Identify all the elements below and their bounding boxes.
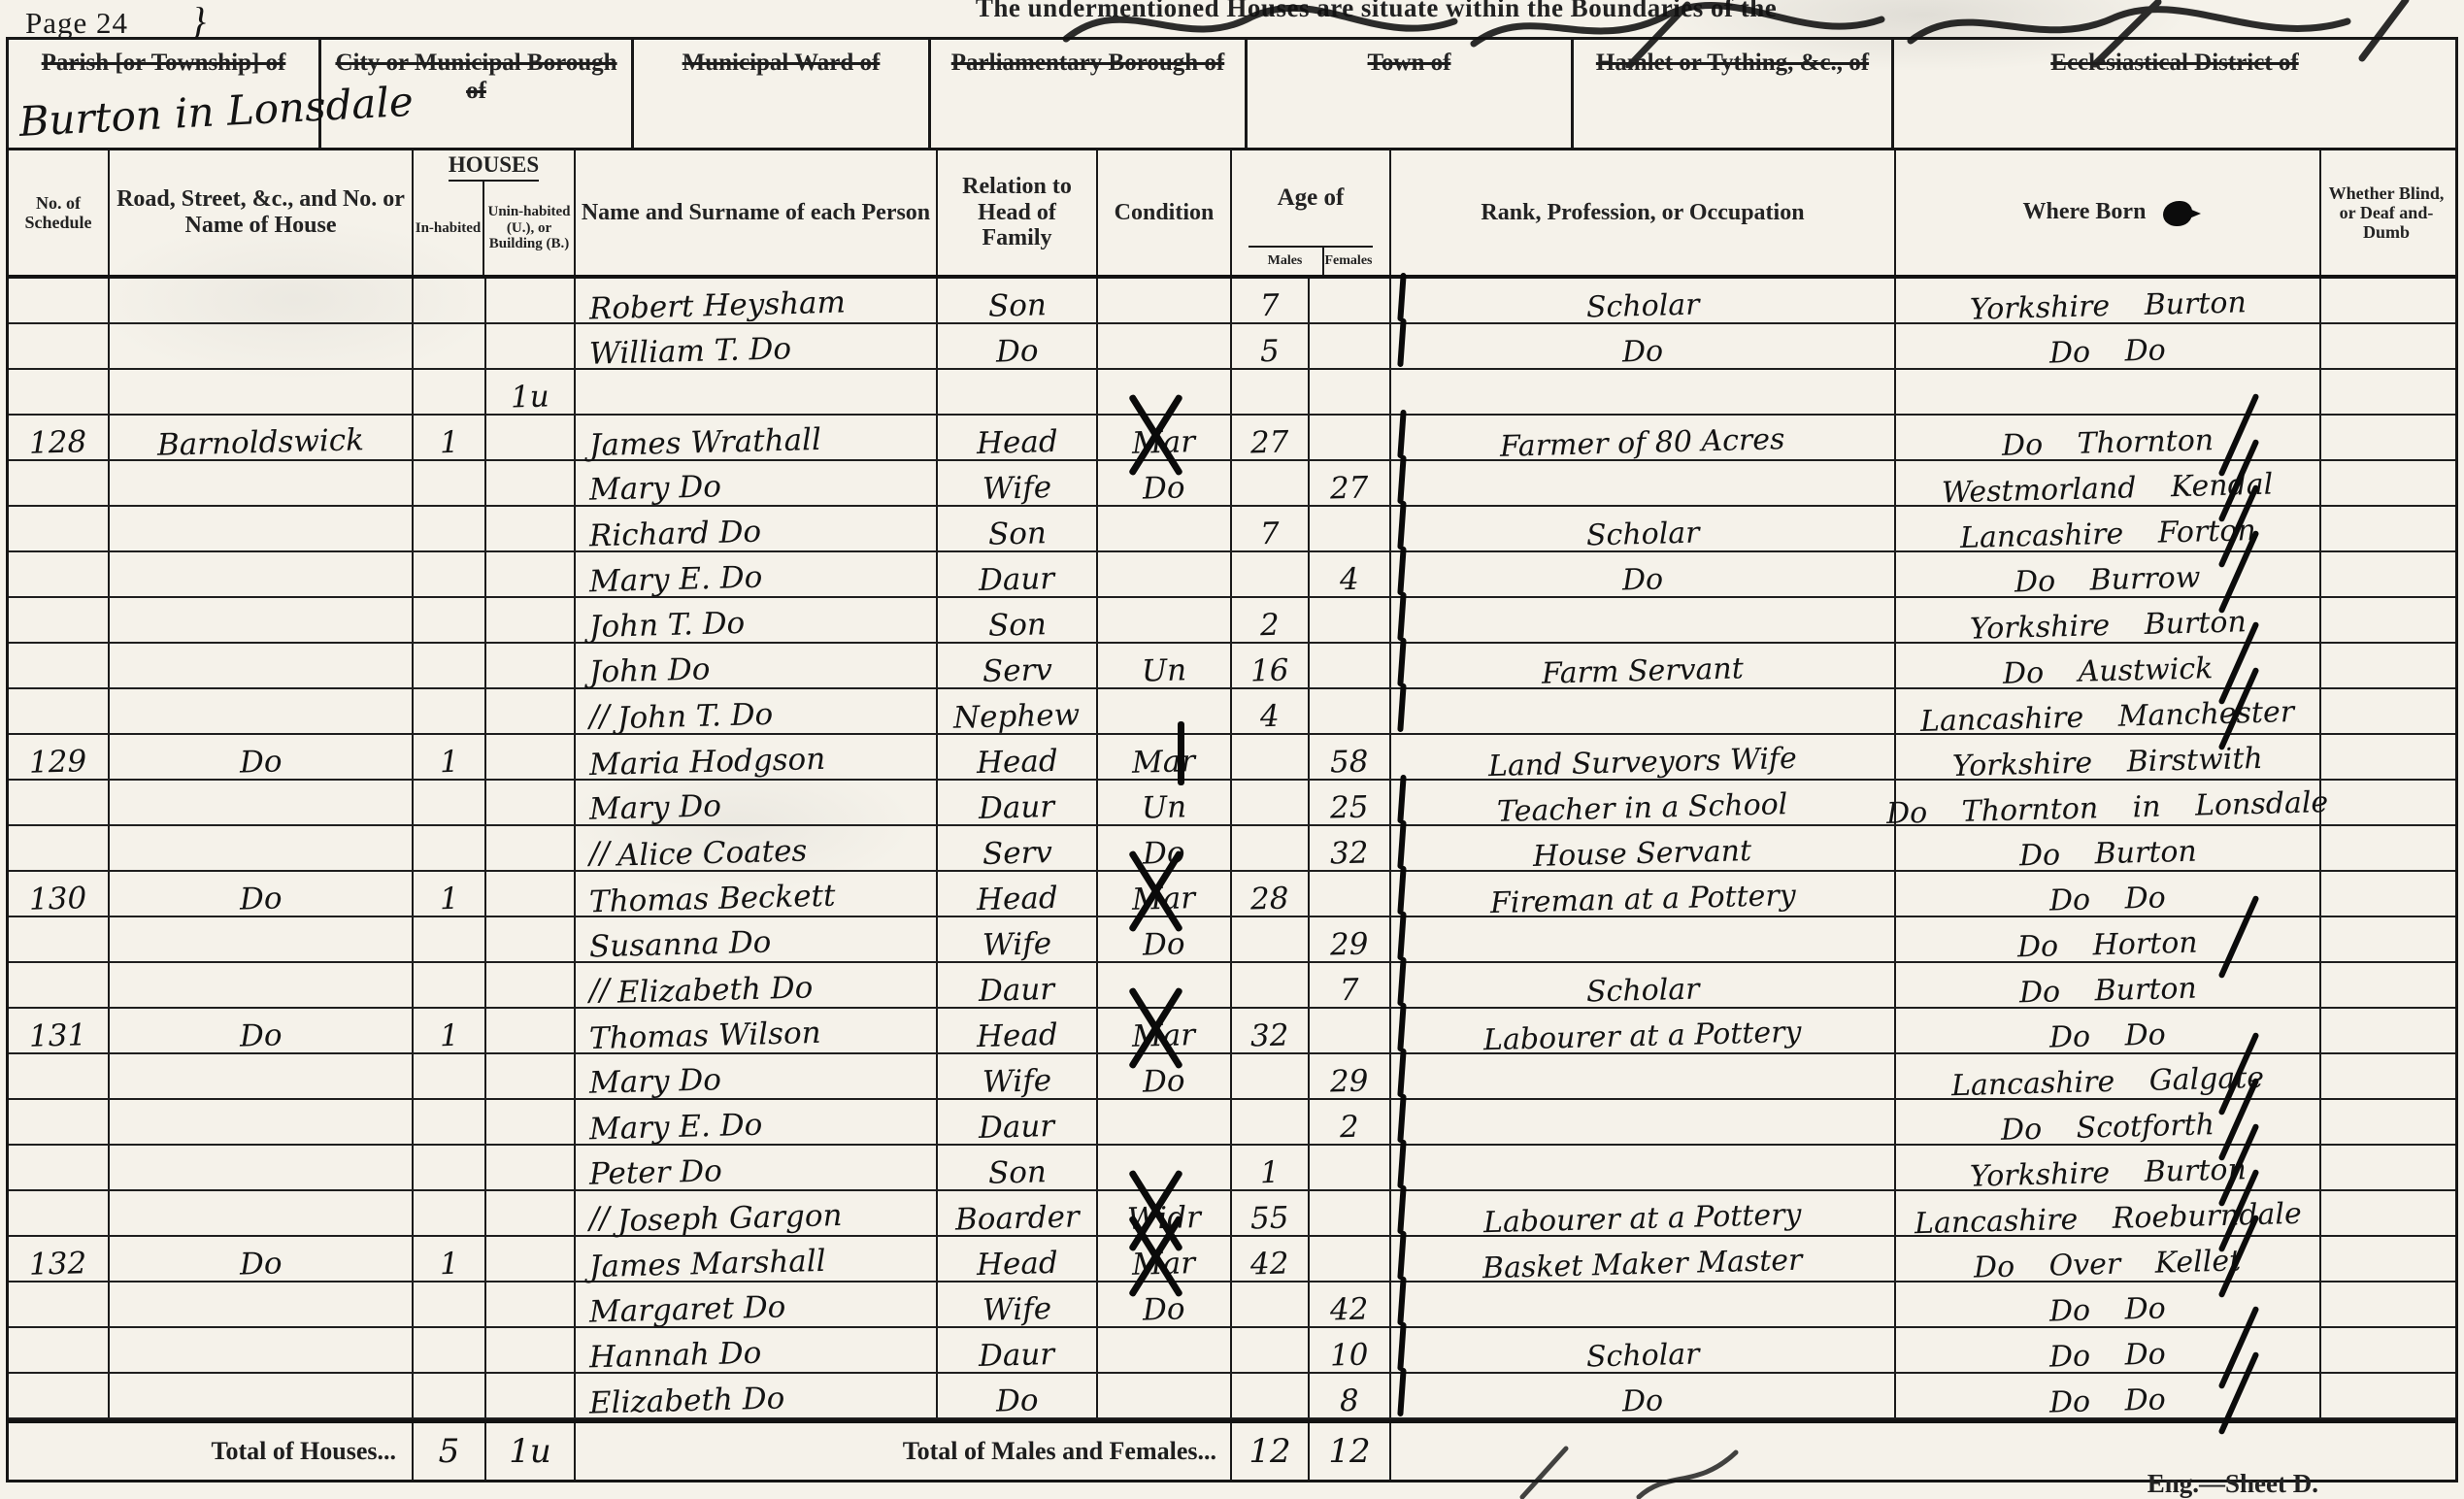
uninhabited-cell [486,1282,576,1326]
road-cell [110,1374,414,1417]
inhabited-cell [414,917,486,961]
hamlet-box: Hamlet or Tything, &c., of [1574,40,1894,148]
born-cell: Yorkshire Birstwith [1896,735,2321,779]
district-boxes: Parish [or Township] of Burton in Lonsda… [6,37,2458,148]
relation-cell: Do [938,1374,1098,1417]
blind-cell [2321,507,2451,550]
road-cell [110,461,414,505]
condition-cell: Mar [1098,416,1232,459]
condition-cell: Do [1098,1054,1232,1098]
uninhabited-cell: 1u [486,370,576,414]
table-row: Mary DoWifeDo29Lancashire Galgate [9,1054,2455,1100]
schedule-cell [9,1282,110,1326]
uninhabited-cell [486,1191,576,1235]
uninhabited-cell [486,826,576,870]
sheet-note: Eng.—Sheet D. [2148,1469,2318,1499]
relation-cell: Daur [938,1100,1098,1144]
inhabited-cell [414,781,486,824]
condition-cell: Do [1098,461,1232,505]
condition-cell [1098,1328,1232,1372]
age-males-cell [1232,917,1310,961]
condition-bar-mark [1178,721,1184,785]
total-houses-uninhabited: 1u [486,1423,576,1480]
col-condition: Condition [1098,150,1232,275]
census-table: No. of Schedule Road, Street, &c., and N… [6,148,2458,1482]
enumerator-tick-mark [1397,1049,1406,1097]
table-row: //Joseph GargonBoarderWidr55Labourer at … [9,1191,2455,1237]
total-houses-label: Total of Houses... [9,1423,414,1480]
road-cell [110,1191,414,1235]
col-houses-group: HOUSES In-habited Unin-habited (U.), or … [414,150,576,275]
enumerator-tick-mark [1397,957,1406,1006]
age-females-cell [1310,507,1391,550]
col-blind: Whether Blind, or Deaf and-Dumb [2321,150,2451,275]
age-males-cell [1232,1328,1310,1372]
uninhabited-cell [486,1100,576,1144]
age-males-cell: 7 [1232,507,1310,550]
condition-cell: Do [1098,826,1232,870]
uninhabited-cell [486,872,576,916]
schedule-cell [9,552,110,596]
inhabited-cell [414,598,486,642]
table-row: Hannah DoDaur10ScholarDo Do [9,1328,2455,1374]
name-cell: Mary Do [576,461,938,505]
condition-cell: Mar [1098,1009,1232,1052]
relation-cell: Boarder [938,1191,1098,1235]
name-cell: //Joseph Gargon [576,1191,938,1235]
condition-cell: Un [1098,781,1232,824]
age-females-cell [1310,370,1391,414]
born-cell: Do Burrow [1896,552,2321,596]
parish-box: Parish [or Township] of Burton in Lonsda… [9,40,321,148]
schedule-cell [9,507,110,550]
inhabited-cell [414,1282,486,1326]
uninhabited-cell [486,324,576,368]
blind-cell [2321,1374,2451,1417]
uninhabited-cell [486,689,576,733]
col-inhabited: In-habited [414,182,484,275]
name-cell: Mary E. Do [576,1100,938,1144]
blind-cell [2321,324,2451,368]
enumerator-tick-mark [1397,501,1406,550]
born-cell: Do Do [1896,1328,2321,1372]
born-label: Where Born [2023,199,2147,224]
occupation-cell: Scholar [1391,507,1896,550]
parish-label: Parish [or Township] of [9,50,318,78]
inhabited-cell: 1 [414,872,486,916]
name-cell: Margaret Do [576,1282,938,1326]
age-males-cell: 32 [1232,1009,1310,1052]
borough-box: City or Municipal Borough of [321,40,634,148]
age-females-cell: 42 [1310,1282,1391,1326]
age-females-cell: 7 [1310,963,1391,1007]
name-cell: Mary Do [576,1054,938,1098]
road-cell: Do [110,1009,414,1052]
total-houses-inhabited: 5 [414,1423,486,1480]
total-males: 12 [1232,1423,1310,1480]
inhabited-cell [414,1100,486,1144]
road-cell [110,826,414,870]
road-cell [110,370,414,414]
blind-cell [2321,826,2451,870]
blind-cell [2321,689,2451,733]
table-body: Robert HeyshamSon7ScholarYorkshire Burto… [9,279,2455,1419]
condition-cell: Mar [1098,1237,1232,1281]
born-cell: Do Do [1896,1282,2321,1326]
table-row: 132Do1James MarshallHeadMar42Basket Make… [9,1237,2455,1282]
condition-cell [1098,324,1232,368]
town-box: Town of [1248,40,1574,148]
age-males-cell: 55 [1232,1191,1310,1235]
enumerator-tick-mark [1397,1140,1406,1188]
age-females-cell: 25 [1310,781,1391,824]
uninhabited-cell [486,461,576,505]
ward-label: Municipal Ward of [634,50,928,78]
enumerator-prefix-mark: // [589,1204,611,1235]
enumerator-prefix-mark: // [589,839,611,870]
blind-cell [2321,279,2451,322]
age-females-cell: 32 [1310,826,1391,870]
enumerator-tick-mark [1397,1003,1406,1051]
inhabited-cell [414,1146,486,1189]
inhabited-cell [414,552,486,596]
relation-cell: Wife [938,461,1098,505]
schedule-cell [9,963,110,1007]
enumerator-tick-mark [1397,547,1406,595]
condition-cell [1098,279,1232,322]
total-females: 12 [1310,1423,1391,1480]
condition-cell: Mar [1098,735,1232,779]
occupation-cell [1391,689,1896,733]
road-cell [110,1282,414,1326]
age-males-cell: 28 [1232,872,1310,916]
blind-cell [2321,370,2451,414]
inhabited-cell [414,324,486,368]
born-cell: Yorkshire Burton [1896,279,2321,322]
born-cell: Do Do [1896,1009,2321,1052]
schedule-cell [9,279,110,322]
inhabited-cell [414,461,486,505]
age-males-cell: 4 [1232,689,1310,733]
table-row: Mary DoWifeDo27Westmorland Kendal [9,461,2455,507]
uninhabited-cell [486,1237,576,1281]
enumerator-tick-mark [1397,638,1406,686]
enumerator-tick-mark [1397,912,1406,960]
table-row: 1u [9,370,2455,416]
road-cell: Do [110,735,414,779]
occupation-cell [1391,1054,1896,1098]
relation-cell [938,370,1098,414]
age-males-cell [1232,552,1310,596]
condition-cell: Widr [1098,1191,1232,1235]
schedule-cell [9,917,110,961]
inhabited-cell [414,1191,486,1235]
condition-cell [1098,963,1232,1007]
table-row: John T. DoSon2Yorkshire Burton [9,598,2455,644]
age-females-cell: 58 [1310,735,1391,779]
relation-cell: Daur [938,552,1098,596]
relation-cell: Head [938,735,1098,779]
road-cell: Do [110,1237,414,1281]
table-row: Robert HeyshamSon7ScholarYorkshire Burto… [9,279,2455,324]
table-row: Margaret DoWifeDo42Do Do [9,1282,2455,1328]
schedule-cell [9,1146,110,1189]
road-cell [110,689,414,733]
schedule-cell [9,1054,110,1098]
relation-cell: Wife [938,917,1098,961]
born-cell: Do Austwick [1896,644,2321,687]
total-persons-label: Total of Males and Females... [576,1423,1232,1480]
occupation-cell: Do [1391,552,1896,596]
schedule-cell [9,461,110,505]
born-cell: Do Burton [1896,963,2321,1007]
occupation-cell [1391,461,1896,505]
blind-cell [2321,1009,2451,1052]
age-females-cell [1310,689,1391,733]
inhabited-cell: 1 [414,416,486,459]
name-cell: Peter Do [576,1146,938,1189]
table-row: //Alice CoatesServDo32House ServantDo Bu… [9,826,2455,872]
born-cell: Lancashire Galgate [1896,1054,2321,1098]
inhabited-cell [414,689,486,733]
table-header: No. of Schedule Road, Street, &c., and N… [9,150,2455,279]
age-males-cell [1232,735,1310,779]
relation-cell: Head [938,1009,1098,1052]
age-males-cell [1232,781,1310,824]
age-females-cell [1310,598,1391,642]
condition-cell: Do [1098,917,1232,961]
condition-cell [1098,552,1232,596]
schedule-cell: 132 [9,1237,110,1281]
born-cell: Do Thornton [1896,416,2321,459]
born-cell: Do Do [1896,1374,2321,1417]
enumerator-tick-mark [1397,1231,1406,1280]
schedule-cell [9,644,110,687]
age-males-cell: 16 [1232,644,1310,687]
schedule-cell: 128 [9,416,110,459]
occupation-cell: Scholar [1391,1328,1896,1372]
occupation-cell [1391,598,1896,642]
uninhabited-cell [486,1328,576,1372]
relation-cell: Wife [938,1054,1098,1098]
age-males-cell: 1 [1232,1146,1310,1189]
blind-cell [2321,1328,2451,1372]
inhabited-cell [414,963,486,1007]
age-males-cell [1232,826,1310,870]
enumerator-tick-mark [1397,410,1406,458]
blind-cell [2321,1100,2451,1144]
col-rank: Rank, Profession, or Occupation [1391,150,1896,275]
table-row: 130Do1Thomas BeckettHeadMar28Fireman at … [9,872,2455,917]
relation-cell: Son [938,598,1098,642]
uninhabited-cell [486,598,576,642]
age-females-cell [1310,872,1391,916]
enumerator-tick-mark [1397,1277,1406,1325]
name-cell: //John T. Do [576,689,938,733]
col-males: Males [1249,248,1324,275]
road-cell [110,324,414,368]
age-males-cell: 42 [1232,1237,1310,1281]
occupation-cell [1391,370,1896,414]
blind-cell [2321,1282,2451,1326]
name-cell: Thomas Wilson [576,1009,938,1052]
age-females-cell: 4 [1310,552,1391,596]
blind-cell [2321,735,2451,779]
road-cell [110,552,414,596]
name-cell: Susanna Do [576,917,938,961]
ink-blot [2163,201,2192,226]
age-females-cell [1310,279,1391,322]
relation-cell: Daur [938,1328,1098,1372]
schedule-cell [9,1100,110,1144]
name-cell: Hannah Do [576,1328,938,1372]
blind-cell [2321,963,2451,1007]
relation-cell: Serv [938,826,1098,870]
relation-cell: Head [938,872,1098,916]
inhabited-cell [414,370,486,414]
condition-cell: Un [1098,644,1232,687]
blind-cell [2321,461,2451,505]
blind-cell [2321,1191,2451,1235]
age-females-cell: 8 [1310,1374,1391,1417]
banner-title: The undermentioned Houses are situate wi… [976,0,1777,23]
born-cell: Do Thornton in Lonsdale [1896,781,2321,824]
age-females-cell [1310,1146,1391,1189]
age-males-cell [1232,963,1310,1007]
name-cell: Mary Do [576,781,938,824]
age-males-cell [1232,461,1310,505]
occupation-cell [1391,1282,1896,1326]
born-cell: Do Do [1896,324,2321,368]
schedule-cell: 130 [9,872,110,916]
road-cell [110,1328,414,1372]
age-females-cell [1310,1191,1391,1235]
uninhabited-cell [486,507,576,550]
col-schedule: No. of Schedule [9,150,110,275]
table-row: Susanna DoWifeDo29Do Horton [9,917,2455,963]
condition-cell [1098,1100,1232,1144]
uninhabited-cell [486,1374,576,1417]
name-cell: James Wrathall [576,416,938,459]
relation-cell: Daur [938,963,1098,1007]
occupation-cell: Fireman at a Pottery [1391,872,1896,916]
page-number: Page 24 [25,6,128,41]
road-cell [110,1100,414,1144]
age-males-cell: 27 [1232,416,1310,459]
enumerator-tick-mark [1397,866,1406,915]
blind-cell [2321,1237,2451,1281]
relation-cell: Head [938,416,1098,459]
col-age-group: Age of Males Females [1232,150,1391,275]
age-females-cell: 27 [1310,461,1391,505]
table-row: //Elizabeth DoDaur7ScholarDo Burton [9,963,2455,1009]
name-cell: Robert Heysham [576,279,938,322]
name-cell: //Alice Coates [576,826,938,870]
born-cell: Do Burton [1896,826,2321,870]
road-cell [110,781,414,824]
name-cell: Mary E. Do [576,552,938,596]
schedule-cell: 131 [9,1009,110,1052]
enumerator-tick-mark [1397,1322,1406,1371]
enumerator-tick-mark [1397,592,1406,641]
ecclesiastical-label: Ecclesiastical District of [1894,50,2455,78]
condition-cell: Mar [1098,872,1232,916]
table-footer: Total of Houses... 5 1u Total of Males a… [9,1419,2455,1480]
inhabited-cell [414,644,486,687]
road-cell: Barnoldswick [110,416,414,459]
age-females-cell [1310,1009,1391,1052]
enumerator-prefix-mark: // [589,702,611,733]
enumerator-tick-mark [1397,1368,1406,1416]
blind-cell [2321,872,2451,916]
age-females-cell [1310,324,1391,368]
blind-cell [2321,416,2451,459]
born-cell: Do Horton [1896,917,2321,961]
occupation-cell: Do [1391,1374,1896,1417]
blind-cell [2321,1054,2451,1098]
road-cell: Do [110,872,414,916]
relation-cell: Do [938,324,1098,368]
born-cell: Do Scotforth [1896,1100,2321,1144]
enumerator-tick-mark [1397,273,1406,321]
table-row: //John T. DoNephew4Lancashire Manchester [9,689,2455,735]
col-uninhabited: Unin-habited (U.), or Building (B.) [484,182,574,275]
occupation-cell [1391,1146,1896,1189]
houses-group-label: HOUSES [449,150,539,182]
inhabited-cell [414,1054,486,1098]
blind-cell [2321,1146,2451,1189]
name-cell: Elizabeth Do [576,1374,938,1417]
table-row: Peter DoSon1Yorkshire Burton [9,1146,2455,1191]
road-cell [110,1054,414,1098]
name-cell: Richard Do [576,507,938,550]
born-cell [1896,370,2321,414]
borough-label: City or Municipal Borough of [321,50,631,106]
age-males-cell [1232,1054,1310,1098]
age-males-cell [1232,1100,1310,1144]
condition-cell [1098,1146,1232,1189]
name-cell [576,370,938,414]
occupation-cell: Land Surveyors Wife [1391,735,1896,779]
occupation-cell: Farmer of 80 Acres [1391,416,1896,459]
age-females-cell: 10 [1310,1328,1391,1372]
relation-cell: Daur [938,781,1098,824]
name-cell: Thomas Beckett [576,872,938,916]
born-cell: Yorkshire Burton [1896,1146,2321,1189]
enumerator-tick-mark [1397,1094,1406,1143]
schedule-cell [9,1374,110,1417]
name-cell: James Marshall [576,1237,938,1281]
condition-cell [1098,598,1232,642]
enumerator-tick-mark [1397,683,1406,732]
occupation-cell [1391,1100,1896,1144]
inhabited-cell [414,1374,486,1417]
condition-cell [1098,1374,1232,1417]
occupation-cell: Scholar [1391,279,1896,322]
table-row: John DoServUn16Farm ServantDo Austwick [9,644,2455,689]
blind-cell [2321,598,2451,642]
schedule-cell [9,598,110,642]
age-males-cell: 2 [1232,598,1310,642]
table-row: 128Barnoldswick1James WrathallHeadMar27F… [9,416,2455,461]
relation-cell: Head [938,1237,1098,1281]
hamlet-label: Hamlet or Tything, &c., of [1574,50,1891,78]
condition-cell [1098,507,1232,550]
age-males-cell [1232,370,1310,414]
inhabited-cell [414,826,486,870]
col-name: Name and Surname of each Person [576,150,938,275]
town-label: Town of [1248,50,1571,78]
